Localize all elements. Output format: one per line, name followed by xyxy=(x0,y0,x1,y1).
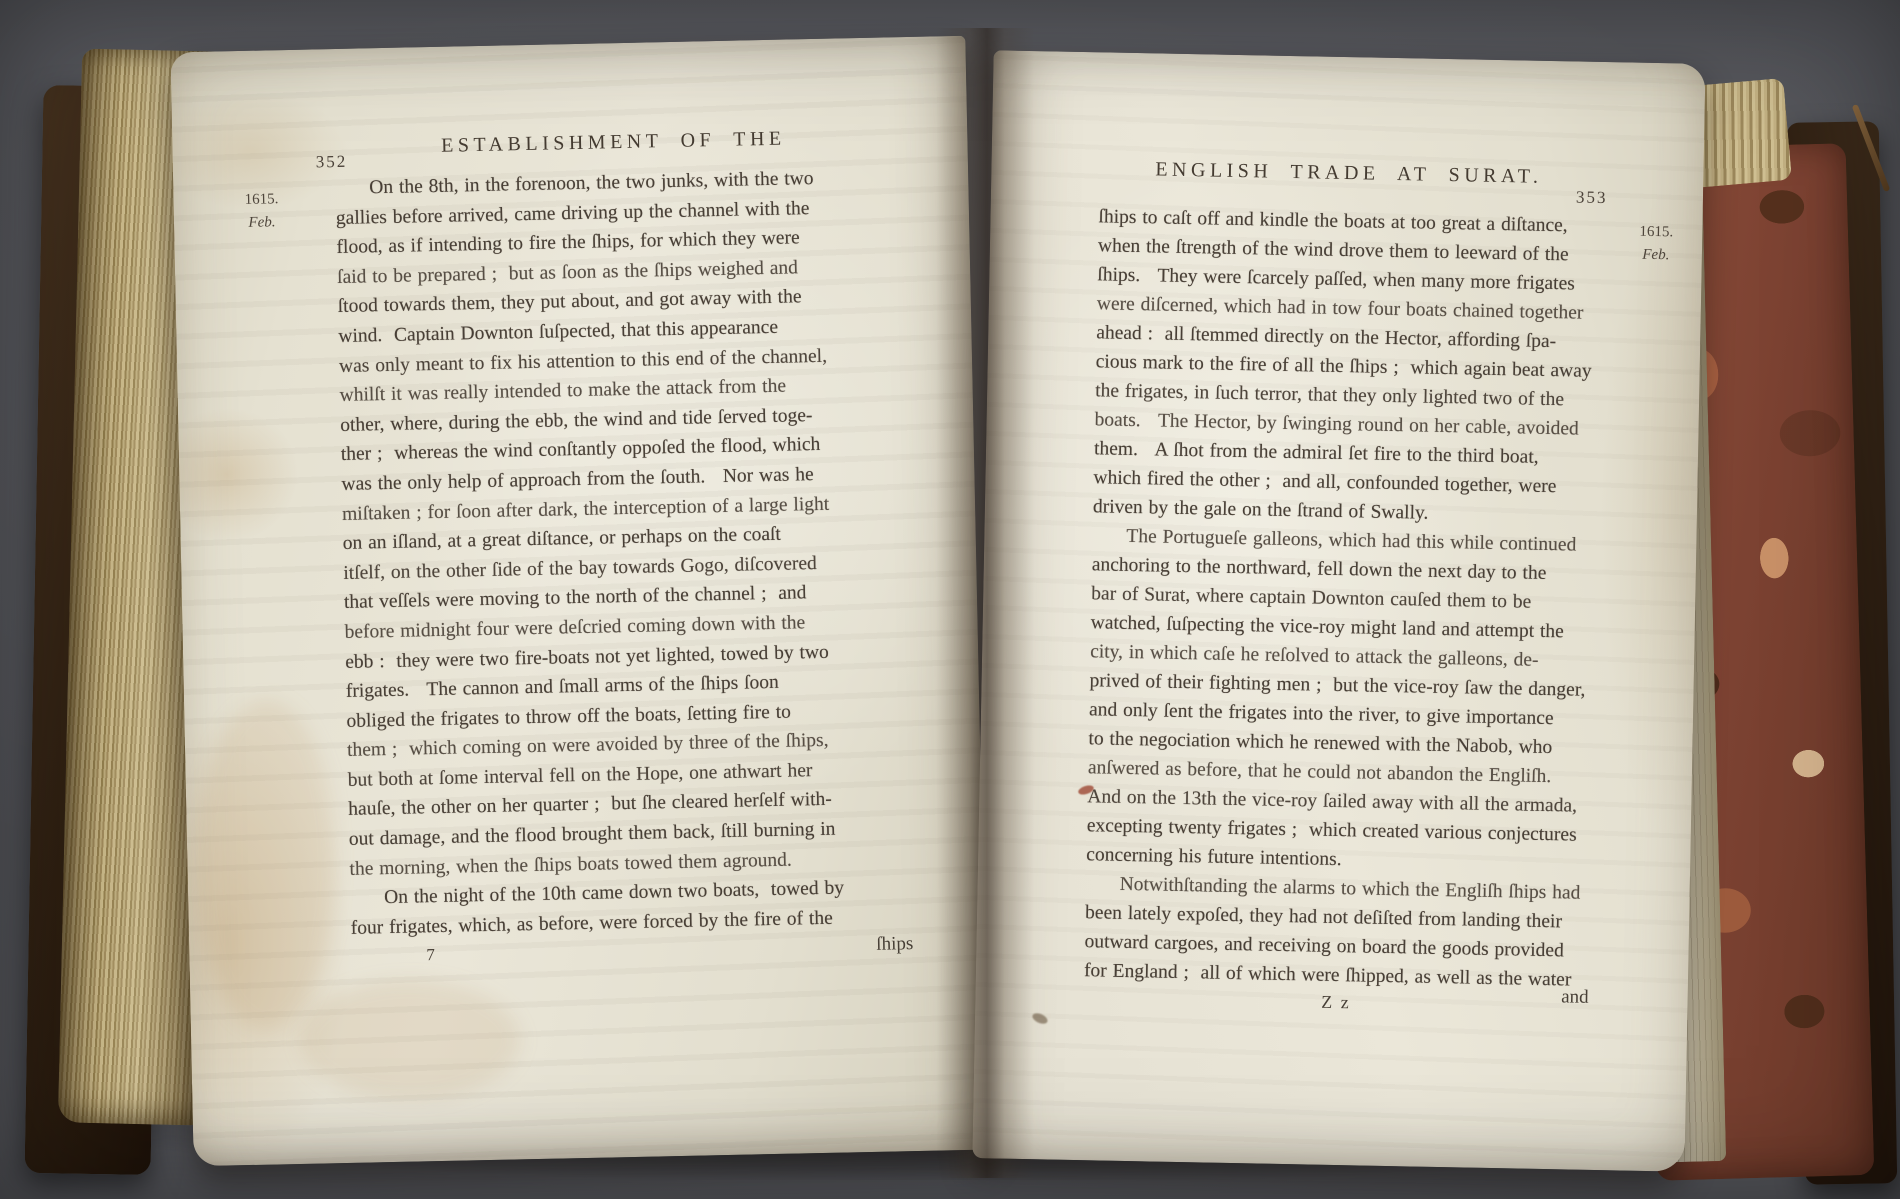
margin-year: 1615. xyxy=(244,191,278,208)
margin-date-left: 1615. Feb. xyxy=(225,188,298,235)
photo-of-open-book: ESTABLISHMENT OF THE 352 1615. Feb. On t… xyxy=(0,0,1900,1199)
right-page: ENGLISH TRADE AT SURAT. 353 1615. Feb. ſ… xyxy=(972,50,1705,1171)
foxing-stain xyxy=(300,980,520,1100)
body-text-left: On the 8th, in the forenoon, the two jun… xyxy=(335,162,913,943)
page-number-left: 352 xyxy=(316,152,348,173)
body-text-right: ſhips to caſt off and kindle the boats a… xyxy=(1084,202,1604,995)
page-number-right: 353 xyxy=(1576,187,1608,208)
catchword-right: and xyxy=(1561,986,1589,1009)
running-head-right: ENGLISH TRADE AT SURAT. xyxy=(1096,157,1601,190)
press-figure: 7 xyxy=(426,945,435,965)
margin-date-right: 1615. Feb. xyxy=(1620,220,1693,267)
catchword-left: ſhips xyxy=(876,933,913,956)
margin-month: Feb. xyxy=(226,211,298,236)
running-head-left: ESTABLISHMENT OF THE xyxy=(332,125,894,160)
margin-month: Feb. xyxy=(1620,243,1692,267)
signature-mark: Z z xyxy=(1083,987,1588,1018)
margin-year: 1615. xyxy=(1639,224,1673,241)
foxing-stain xyxy=(196,700,336,1030)
